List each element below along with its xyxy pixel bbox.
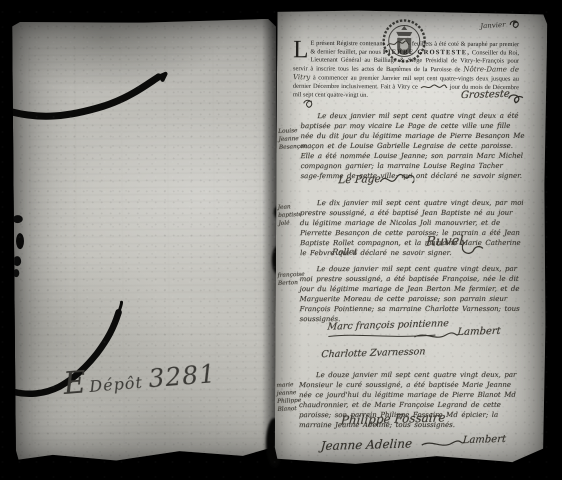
printed-dropcap: L [293,39,308,60]
register-scan: EDépôt3281 Janvier LE présent Régistre c… [0,0,562,480]
ink-stroke-marks [12,19,280,463]
signature-lambert: Lambert [457,326,501,338]
lambert-flourish-icon [413,328,459,342]
signature-rollet: Rollet [332,247,358,258]
officer-name: PIERRE GROSTESTE, [383,48,470,56]
ruvel-paraph-icon [462,238,486,256]
grosteste-paraph-icon [507,91,525,104]
signature-ruvel: Ruvel [425,234,463,250]
shelfmark-letter: E [62,364,88,402]
edge-ink-blot [13,215,23,223]
corner-annotation: Janvier [480,18,521,32]
signature-jeanne-adeline: Jeanne Adeline [320,436,412,453]
signature-grosteste: Grosteste [460,89,510,101]
corner-annotation-text: Janvier [480,21,506,31]
left-page: EDépôt3281 [12,19,280,463]
corner-paraph-icon [507,18,521,30]
signature-lambert: Lambert [462,434,506,446]
signature-lepage: Le Page [338,173,381,186]
lambert-flourish-icon [421,436,465,450]
handwritten-day-scribble [420,83,448,91]
shelfmark-number: 3281 [147,359,217,393]
handwritten-number-scribble [386,40,410,48]
lepage-paraph-icon [378,170,414,190]
signature-charlotte-varnesson: Charlotte Zvarnesson [321,346,426,360]
printed-text: E présent Régistre contenant [310,40,384,47]
shelfmark-word: Dépôt [89,373,144,396]
baptism-entry-3: Le douze janvier mil sept cent quatre vi… [300,264,524,324]
right-page: Janvier LE présent Régistre contenant fe… [275,9,548,467]
header-small-paraph-icon [301,97,314,109]
